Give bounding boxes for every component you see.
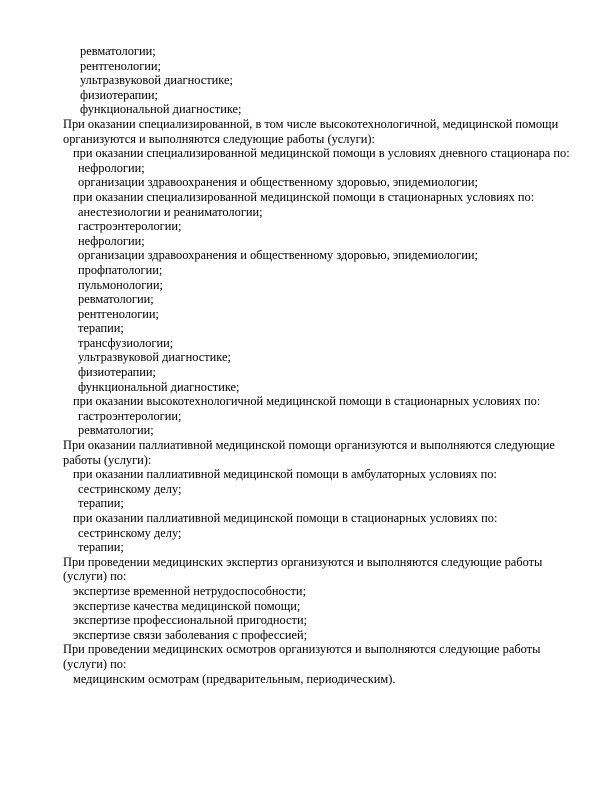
list-item: трансфузиологии; [63, 336, 563, 351]
paragraph-line: При проведении медицинских экспертиз орг… [63, 555, 563, 570]
list-subheading: экспертизе временной нетрудоспособности; [63, 584, 563, 599]
list-subheading: при оказании паллиативной медицинской по… [63, 511, 563, 526]
list-item: ревматологии; [63, 44, 563, 59]
list-subheading: при оказании высокотехнологичной медицин… [63, 394, 563, 409]
list-item: нефрологии; [63, 234, 563, 249]
paragraph-line: (услуги) по: [63, 569, 563, 584]
list-item: физиотерапии; [63, 88, 563, 103]
list-item: гастроэнтерологии; [63, 219, 563, 234]
paragraph-line: При оказании паллиативной медицинской по… [63, 438, 563, 453]
list-item: функциональной диагностике; [63, 380, 563, 395]
paragraph-line: (услуги) по: [63, 657, 563, 672]
list-item: рентгенологии; [63, 59, 563, 74]
list-item: ультразвуковой диагностике; [63, 350, 563, 365]
list-subheading: при оказании специализированной медицинс… [63, 190, 563, 205]
list-item: организации здравоохранения и общественн… [63, 175, 563, 190]
list-item: ревматологии; [63, 423, 563, 438]
list-item: анестезиологии и реаниматологии; [63, 205, 563, 220]
list-subheading: экспертизе качества медицинской помощи; [63, 599, 563, 614]
list-item: сестринскому делу; [63, 526, 563, 541]
list-item: нефрологии; [63, 161, 563, 176]
list-subheading: при оказании паллиативной медицинской по… [63, 467, 563, 482]
list-subheading: медицинским осмотрам (предварительным, п… [63, 672, 563, 687]
list-item: терапии; [63, 321, 563, 336]
list-item: терапии; [63, 496, 563, 511]
list-item: организации здравоохранения и общественн… [63, 248, 563, 263]
list-item: профпатологии; [63, 263, 563, 278]
list-item: ультразвуковой диагностике; [63, 73, 563, 88]
paragraph-line: работы (услуги): [63, 453, 563, 468]
list-item: физиотерапии; [63, 365, 563, 380]
paragraph-line: При оказании специализированной, в том ч… [63, 117, 563, 132]
paragraph-line: организуются и выполняются следующие раб… [63, 132, 563, 147]
list-item: гастроэнтерологии; [63, 409, 563, 424]
list-item: терапии; [63, 540, 563, 555]
list-subheading: при оказании специализированной медицинс… [63, 146, 563, 161]
document-page: ревматологии;рентгенологии;ультразвуково… [63, 44, 563, 686]
list-subheading: экспертизе профессиональной пригодности; [63, 613, 563, 628]
list-item: функциональной диагностике; [63, 102, 563, 117]
list-subheading: экспертизе связи заболевания с профессие… [63, 628, 563, 643]
list-item: сестринскому делу; [63, 482, 563, 497]
list-item: рентгенологии; [63, 307, 563, 322]
list-item: ревматологии; [63, 292, 563, 307]
paragraph-line: При проведении медицинских осмотров орга… [63, 642, 563, 657]
list-item: пульмонологии; [63, 278, 563, 293]
